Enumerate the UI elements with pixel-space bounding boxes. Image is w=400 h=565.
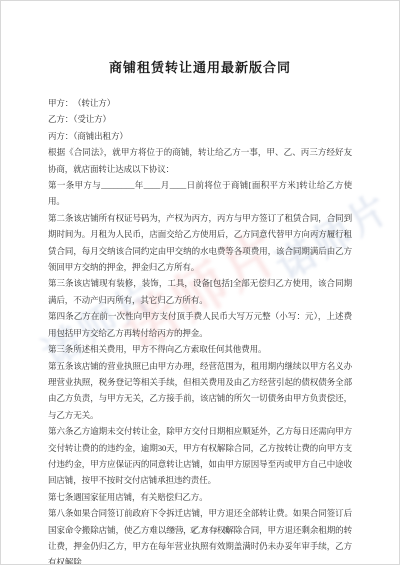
contract-paragraph: 乙方：（受让方）	[48, 111, 352, 127]
contract-paragraph: 丙方：（商铺出租方）	[48, 128, 352, 144]
contract-paragraph: 第二条该店铺所有权证号码为，产权为丙方，丙方与甲方签订了租赁合同，合同到期时间为…	[48, 210, 352, 276]
contract-paragraph: 第三条该店铺现有装修，装饰，工具，设备[包括]全部无偿归乙方使用，该合同期满后，…	[48, 275, 352, 308]
contract-paragraph: 甲方： （转让方）	[48, 95, 352, 111]
contract-document-page: { "page": { "title": "商铺租赁转让通用最新版合同", "p…	[0, 0, 400, 565]
page-number: 第 1 页 共 2 页	[1, 525, 399, 534]
contract-paragraph: 第一条甲方与________年____月____日前将位于商铺[面积平方米]转让…	[48, 177, 352, 210]
contract-body: 甲方： （转让方）乙方：（受让方）丙方：（商铺出租方）根据《合同法》，就甲方将位…	[48, 95, 352, 565]
contract-paragraph: 第三条所述相关费用，甲方不得向乙方索取任何其他费用。	[48, 341, 352, 357]
contract-paragraph: 第四条乙方在前一次性向甲方支付顶手费人民币大写万元整（小写：元），上述费用包括甲…	[48, 308, 352, 341]
contract-paragraph: 根据《合同法》，就甲方将位于的商铺，转让给乙方一事，甲、乙、丙三方经好友协商，就…	[48, 144, 352, 177]
page-title: 商铺租赁转让通用最新版合同	[21, 57, 379, 76]
contract-paragraph: 第五条该店铺的营业执照已由甲方办理，经营范围为，租用期内继续以甲方名义办理营业执…	[48, 358, 352, 424]
contract-paragraph: 第六条乙方逾期未交付转让金，除甲方交付日期相应顺延外，乙方每日还需向甲方交付转让…	[48, 423, 352, 489]
contract-paragraph: 第八条如果合同签订前政府下令拆迁店铺，甲方退还全部转让费。如果合同签订后国家命令…	[48, 505, 352, 565]
contract-paragraph: 第七条遇国家征用店铺，有关赔偿归乙方。	[48, 489, 352, 505]
